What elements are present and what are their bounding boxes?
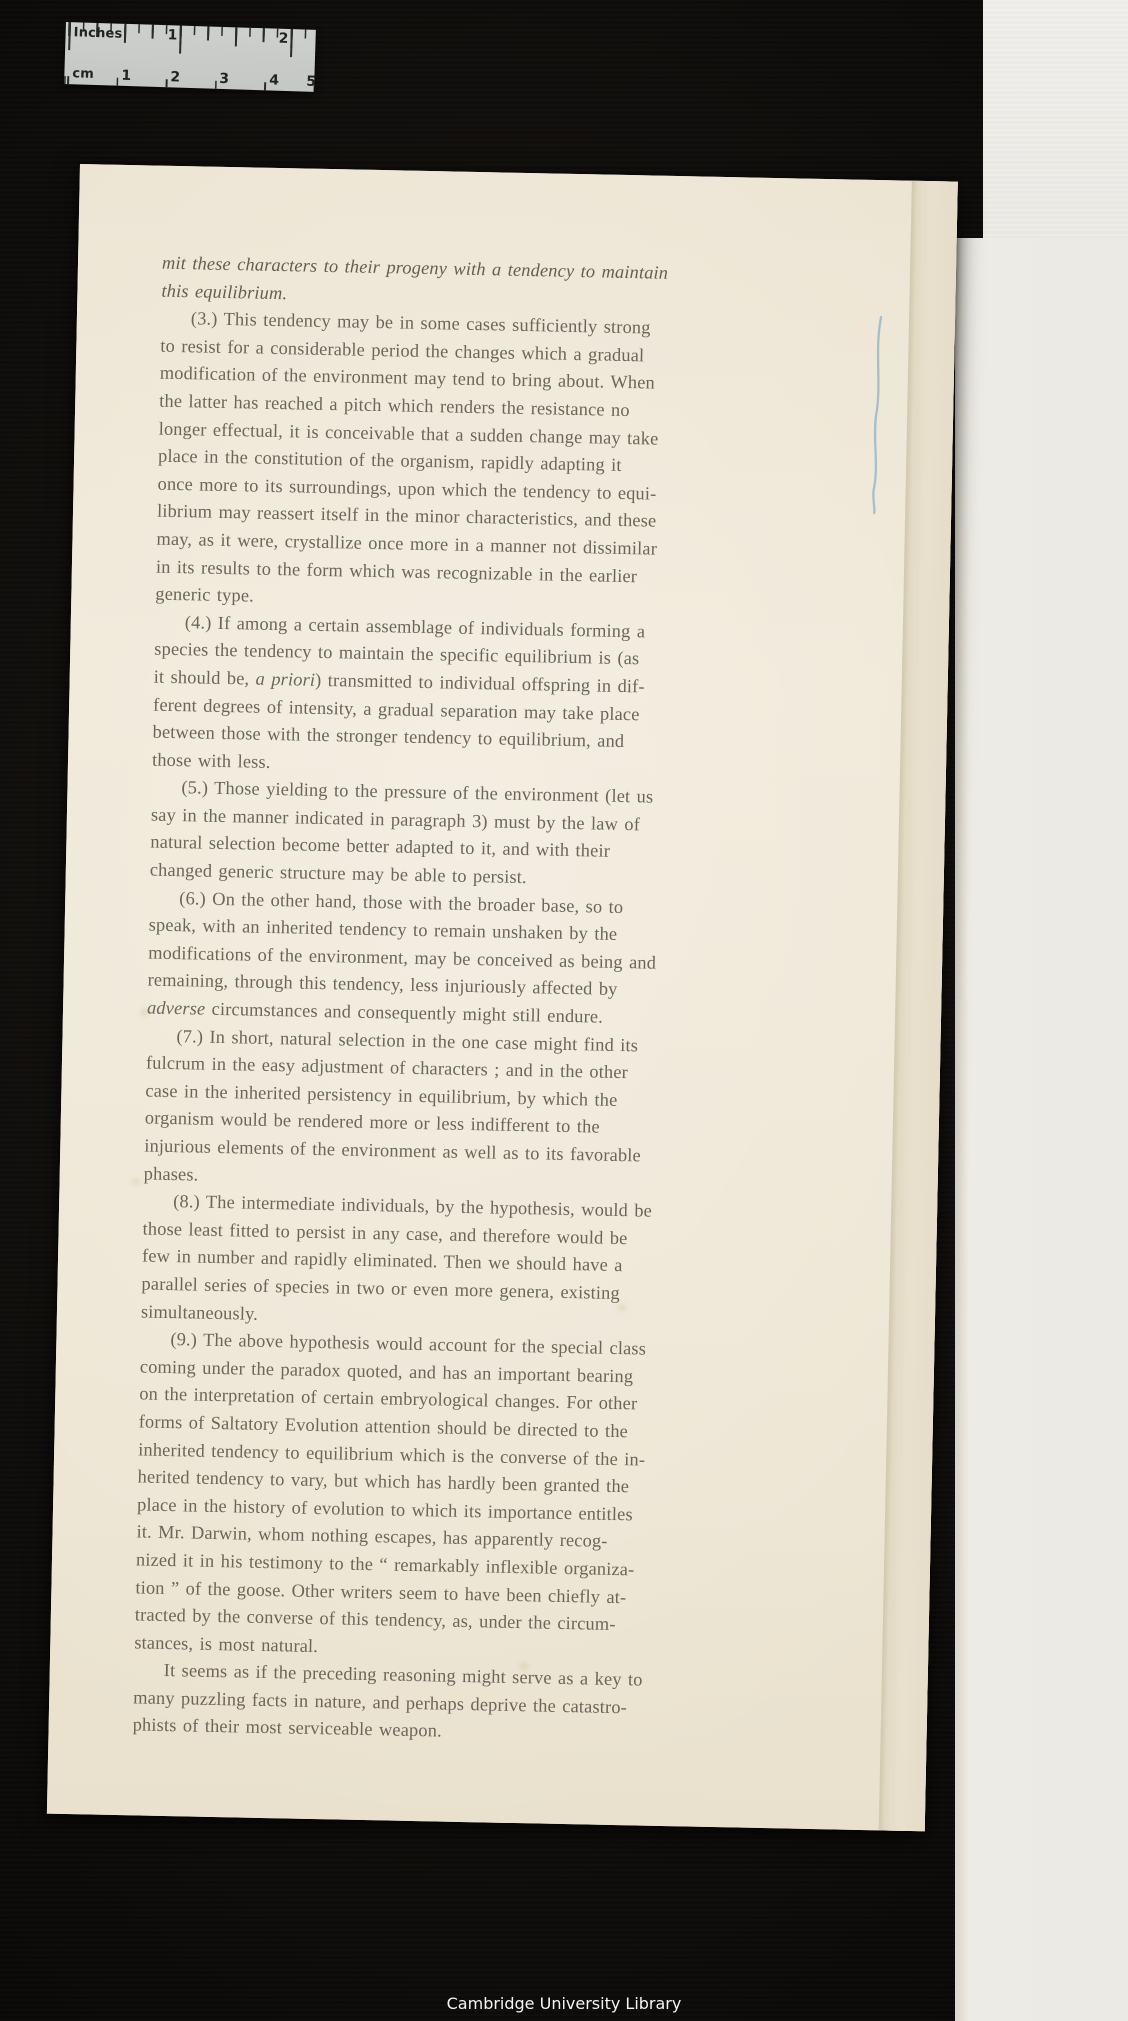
paragraph-8: (8.) The intermediate individuals, by th…	[141, 1188, 696, 1337]
paragraph-4-italic: a priori	[255, 669, 315, 690]
paragraph-3: (3.) This tendency may be in some cases …	[155, 305, 713, 620]
paragraph-6-text: circumstances and consequently might sti…	[205, 999, 603, 1027]
foxing-spot	[131, 1177, 140, 1186]
book-page: mit these characters to their progeny wi…	[47, 164, 958, 1831]
ruler-cm-number: 1	[121, 68, 131, 84]
ruler-inch-number: 1	[167, 27, 177, 43]
paragraph-9: (9.) The above hypothesis would account …	[134, 1326, 693, 1668]
ruler-inches-label: Inches	[73, 25, 122, 42]
paragraph-6: (6.) On the other hand, those with the b…	[147, 884, 702, 1033]
paragraph-6-text: (6.) On the other hand, those with the b…	[147, 888, 656, 1000]
ruler-cm-number: 3	[219, 71, 229, 87]
paragraph-6-italic: adverse	[147, 998, 206, 1019]
ruler-cm-number: 5	[306, 74, 316, 90]
photo-stage: Inches cm 1 2 1 2 3 4 5 mit these charac…	[0, 0, 1128, 2021]
ruler-cm-number: 4	[269, 72, 279, 88]
page-fore-edge	[879, 181, 958, 1832]
footer-caption: Cambridge University Library	[0, 1986, 1128, 2021]
backing-board-lower	[955, 238, 1128, 2021]
paragraph-4: (4.) If among a certain assemblage of in…	[152, 608, 707, 785]
blue-pencil-mark	[868, 315, 888, 515]
footer-caption-label: Cambridge University Library	[447, 1994, 682, 2013]
ruler-cm-number: 2	[170, 69, 180, 85]
paragraph-7: (7.) In short, natural selection in the …	[143, 1022, 698, 1199]
ruler-inch-number: 2	[278, 31, 288, 47]
ruler-cm-label: cm	[72, 66, 94, 82]
ruler: Inches cm 1 2 1 2 3 4 5	[64, 22, 316, 92]
page-text: mit these characters to their progeny wi…	[132, 250, 714, 1751]
paragraph-10: It seems as if the preceding reasoning m…	[132, 1657, 686, 1751]
paragraph-5: (5.) Those yielding to the pressure of t…	[150, 774, 704, 895]
